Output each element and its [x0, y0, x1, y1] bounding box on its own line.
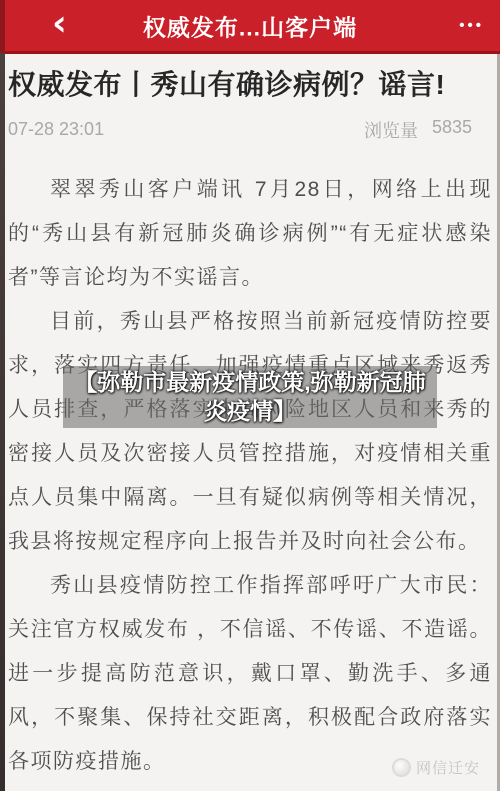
- article-meta: 07-28 23:01 浏览量 5835: [8, 117, 492, 143]
- caption-overlay: 【弥勒市最新疫情政策,弥勒新冠肺炎疫情】: [63, 366, 437, 428]
- article-title: 权威发布丨秀山有确诊病例？谣言!: [8, 66, 492, 104]
- navbar-title: 权威发布...山客户端: [0, 9, 500, 42]
- view-count-value: 5835: [432, 117, 472, 143]
- watermark: 网信迁安: [392, 757, 480, 778]
- watermark-text: 网信迁安: [416, 757, 480, 778]
- view-count: 浏览量 5835: [364, 117, 472, 143]
- navbar: ‹ 权威发布...山客户端 •••: [0, 0, 500, 54]
- left-letterbox-strip: [0, 0, 5, 791]
- back-chevron-icon: ‹: [52, 2, 67, 43]
- article-header: 权威发布丨秀山有确诊病例？谣言! 07-28 23:01 浏览量 5835: [0, 54, 500, 143]
- article-date: 07-28 23:01: [8, 119, 104, 140]
- watermark-logo-icon: [392, 758, 411, 777]
- article-body: 翠翠秀山客户端讯 7月28日，网络上出现的“秀山县有新冠肺炎确诊病例”“有无症状…: [0, 168, 500, 784]
- article-paragraph: 秀山县疫情防控工作指挥部呼吁广大市民：关注官方权威发布 ，不信谣、不传谣、不造谣…: [8, 564, 492, 784]
- view-count-label: 浏览量: [364, 117, 418, 143]
- app-screen: ‹ 权威发布...山客户端 ••• 权威发布丨秀山有确诊病例？谣言! 07-28…: [0, 0, 500, 791]
- article-paragraph: 翠翠秀山客户端讯 7月28日，网络上出现的“秀山县有新冠肺炎确诊病例”“有无症状…: [8, 168, 492, 300]
- ellipsis-menu-icon: •••: [459, 17, 484, 34]
- article-paragraph: 目前，秀山县严格按照当前新冠疫情防控要求，落实四方责任、加强疫情重点区域来秀返秀…: [8, 300, 492, 564]
- menu-button[interactable]: •••: [453, 16, 490, 35]
- back-button[interactable]: ‹: [44, 5, 75, 41]
